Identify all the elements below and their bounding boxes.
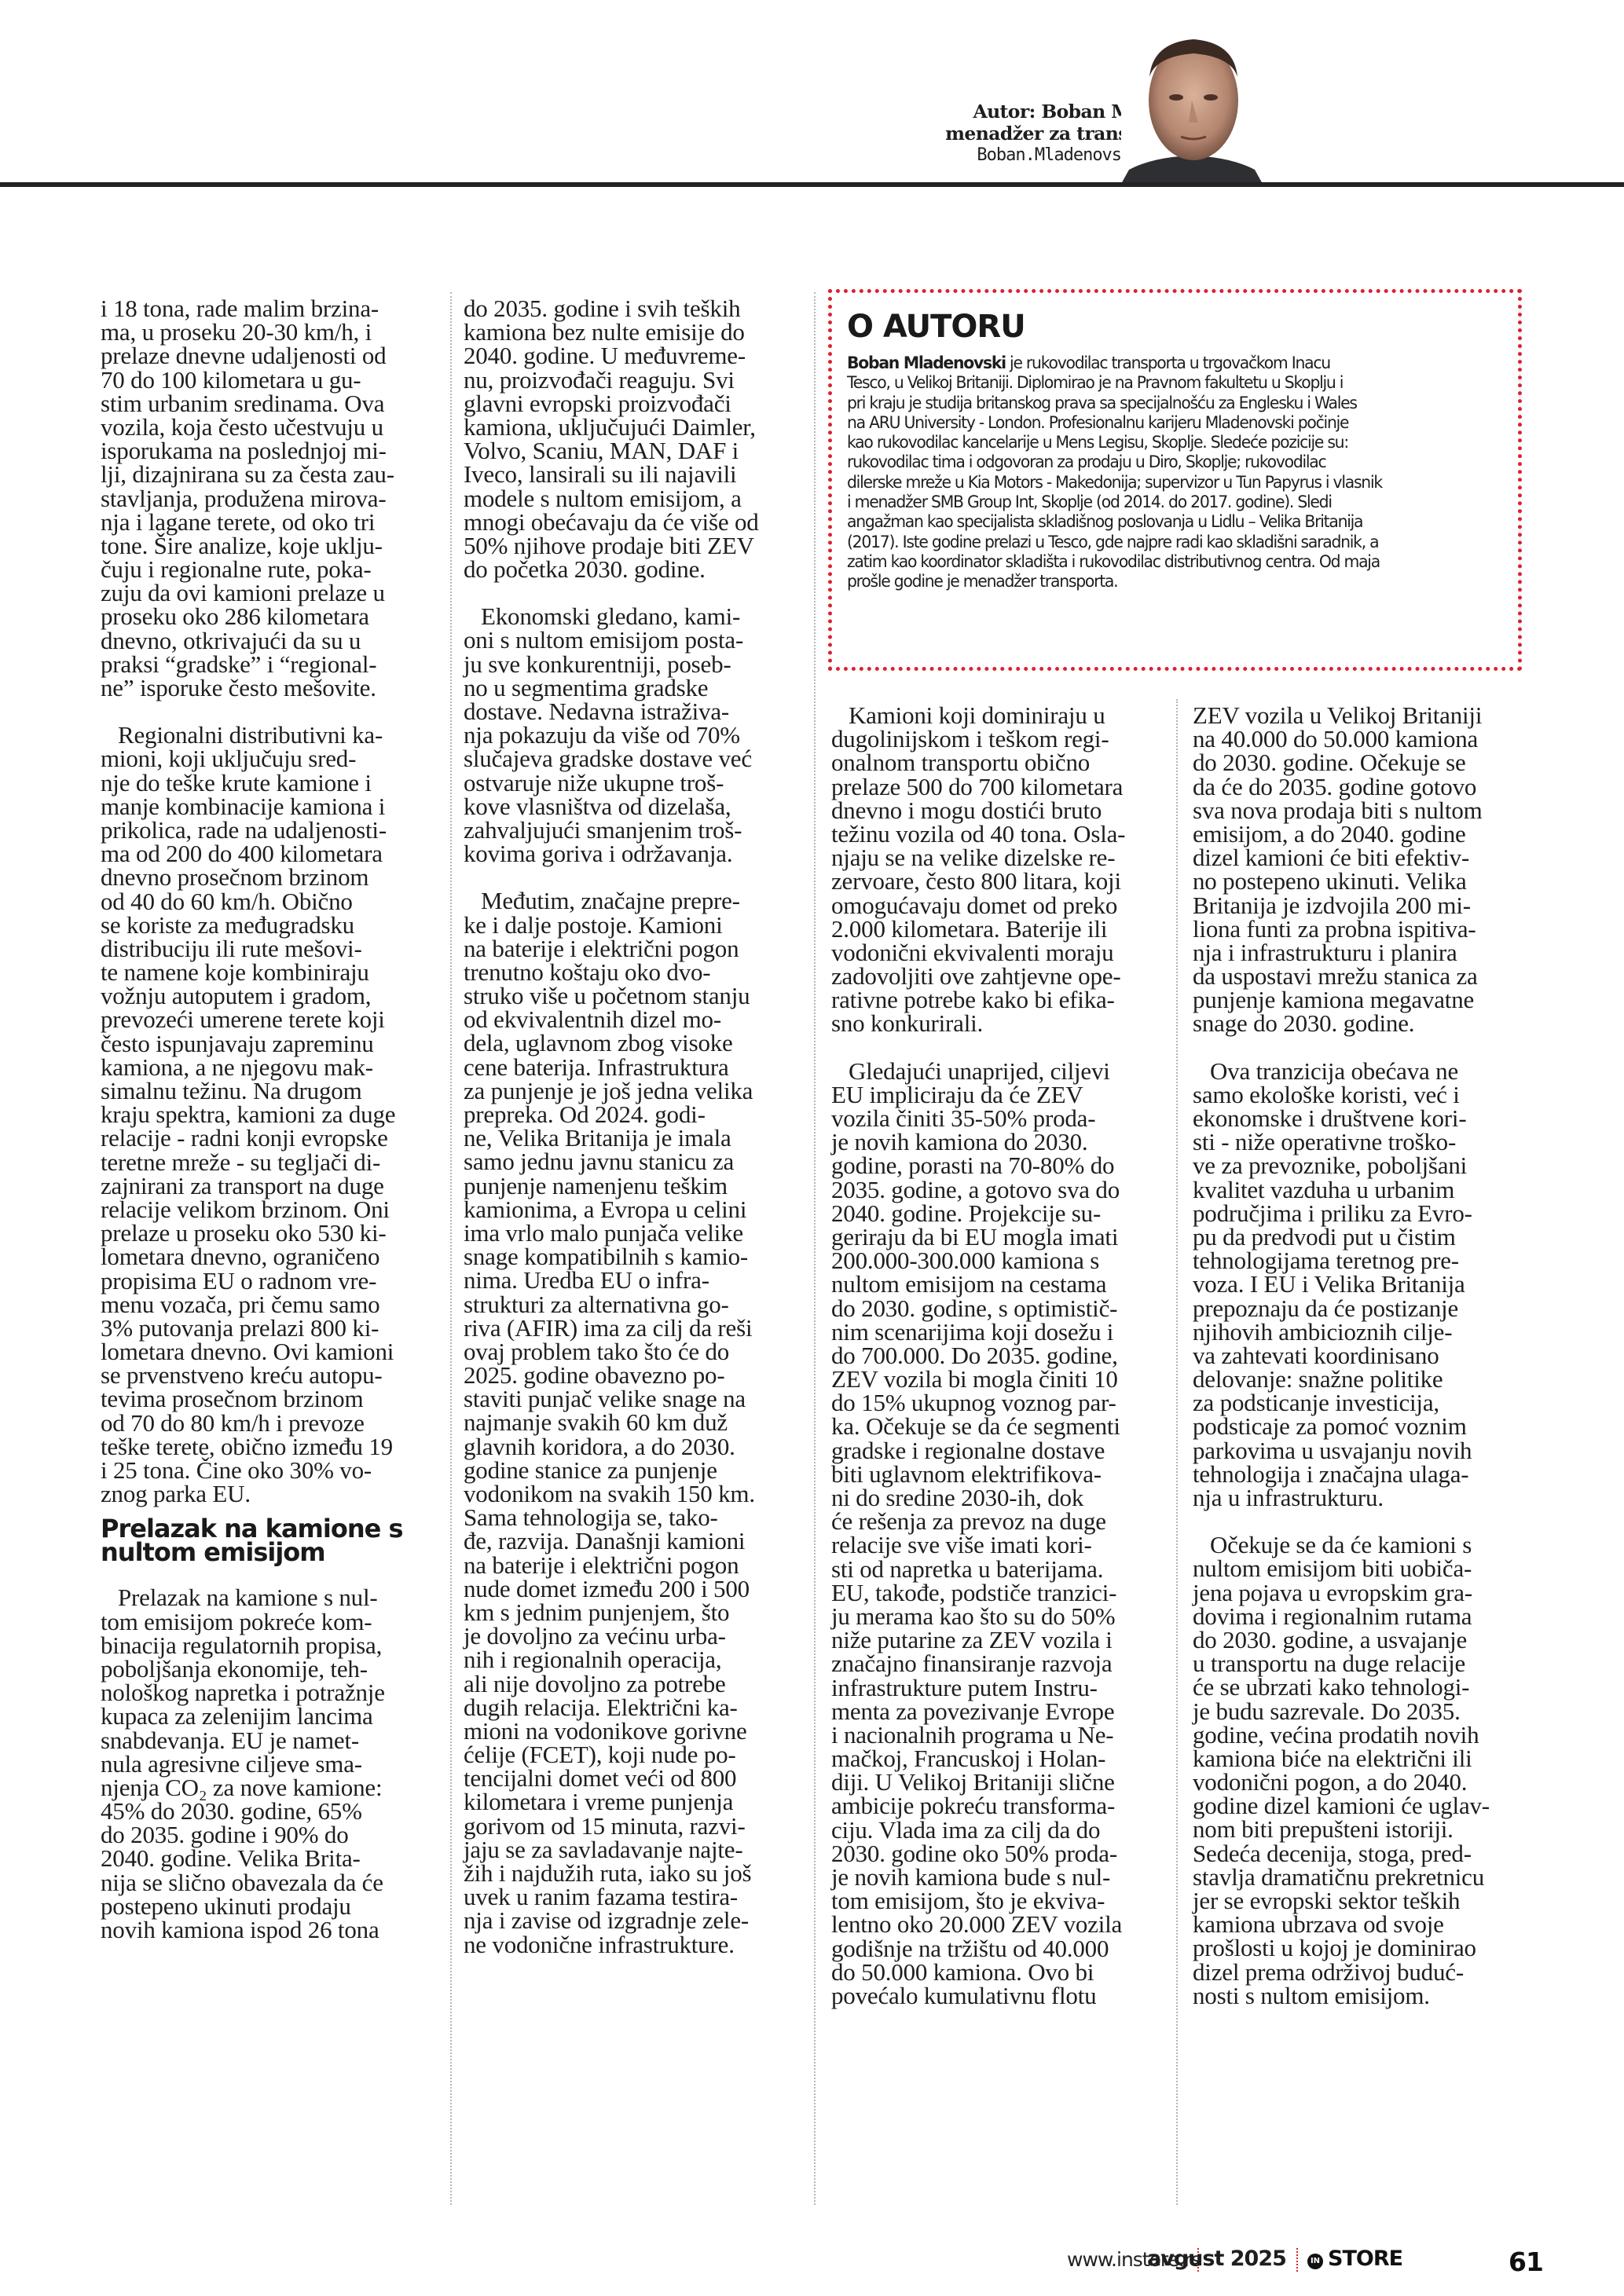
author-photo	[1121, 22, 1263, 184]
text-line: Tesco, u Velikoj Britaniji. Diplomirao j…	[847, 373, 1487, 393]
text-line: Gledajući unaprijed, ciljevi	[831, 1060, 1169, 1083]
text-line: Ova tranzicija obećava ne	[1193, 1060, 1531, 1083]
text-line: geriraju da bi EU mogla imati	[831, 1225, 1169, 1249]
text-line: tom emisijom, što je ekviva-	[831, 1889, 1169, 1913]
text-line: staviti punjač velike snage na	[464, 1387, 801, 1411]
text-line: teretne mreže - su tegljači di-	[101, 1151, 438, 1174]
text-line: dostave. Nedavna istraživa-	[464, 700, 801, 723]
text-line: Međutim, značajne prepre-	[464, 889, 801, 913]
column-divider	[814, 292, 816, 2205]
text-line: povećalo kumulativnu flotu	[831, 1984, 1169, 2008]
column-divider	[1176, 699, 1178, 2205]
article-column-2: do 2035. godine i svih teških kamiona be…	[464, 297, 801, 1957]
text-line: samo ekološke koristi, već i	[1193, 1083, 1531, 1107]
text-line: Sama tehnologija se, tako-	[464, 1506, 801, 1529]
text-line: lometara dnevno, ograničeno	[101, 1245, 438, 1269]
text-line: snage do 2030. godine.	[1193, 1012, 1531, 1035]
text-line: do 2035. godine i 90% do	[101, 1823, 438, 1847]
text-line: nom biti prepušteni istoriji.	[1193, 1818, 1531, 1841]
text-line: dizel kamioni će biti efektiv-	[1193, 846, 1531, 870]
text-line: Boban Mladenovski je rukovodilac transpo…	[847, 353, 1487, 373]
text-line: novih kamiona ispod 26 tona	[101, 1918, 438, 1942]
text-line: Volvo, Scaniu, MAN, DAF i	[464, 439, 801, 463]
text-line: modele s nultom emisijom, a	[464, 487, 801, 511]
text-line: Kamioni koji dominiraju u	[831, 704, 1169, 727]
paragraph: Ekonomski gledano, kami- oni s nultom em…	[464, 605, 801, 866]
text-line: vodonični ekvivalenti moraju	[831, 941, 1169, 965]
text-line: stavljanja, produžena mirova-	[101, 487, 438, 511]
text-line: nija se slično obavezala da će	[101, 1871, 438, 1895]
text-line: kilometara i vreme punjenja	[464, 1790, 801, 1814]
text-line: nja i zavise od izgradnje zele-	[464, 1909, 801, 1932]
text-line: tom emisijom pokreće kom-	[101, 1610, 438, 1634]
text-span: je rukovodilac transporta u trgovačkom I…	[1006, 353, 1330, 372]
text-line: 2030. godine oko 50% proda-	[831, 1842, 1169, 1866]
text-line: menta za povezivanje Evrope	[831, 1700, 1169, 1723]
text-line: oni s nultom emisijom posta-	[464, 628, 801, 652]
text-line: kamiona, a ne njegovu mak-	[101, 1056, 438, 1079]
text-line: punjenje kamiona megavatne	[1193, 988, 1531, 1012]
text-line: sti - niže operativne troško-	[1193, 1130, 1531, 1154]
subheading-line: nultom emisijom	[101, 1540, 438, 1564]
text-line: lentno oko 20.000 ZEV vozila	[831, 1913, 1169, 1936]
text-line: tencijalni domet veći od 800	[464, 1767, 801, 1790]
text-line: do 2030. godine, s optimistič-	[831, 1297, 1169, 1320]
footer-separator	[1296, 2248, 1298, 2272]
text-line: vozila, koja često učestvuju u	[101, 416, 438, 439]
text-line: dugih relacija. Električni ka-	[464, 1696, 801, 1719]
text-line: ostvaruje niže ukupne troš-	[464, 771, 801, 795]
text-line: teške terete, obično između 19	[101, 1435, 438, 1459]
text-line: lometara dnevno. Ovi kamioni	[101, 1340, 438, 1364]
text-line: dela, uglavnom zbog visoke	[464, 1031, 801, 1055]
text-line: (2017). Iste godine prelazi u Tesco, gde…	[847, 533, 1487, 552]
paragraph: Gledajući unaprijed, ciljevi EU implicir…	[831, 1060, 1169, 2009]
text-line: je dovoljno za većinu urba-	[464, 1624, 801, 1648]
issue-date: avgust 2025	[1147, 2247, 1286, 2271]
text-line: postepeno ukinuti prodaju	[101, 1895, 438, 1918]
text-line: binacija regulatornih propisa,	[101, 1634, 438, 1657]
text-line: cene baterija. Infrastruktura	[464, 1056, 801, 1079]
text-line: struko više u početnom stanju	[464, 984, 801, 1008]
text-line: dnevno i mogu dostići bruto	[831, 799, 1169, 822]
text-line: i nacionalnih programa u Ne-	[831, 1723, 1169, 1747]
text-line: ambicije pokreću transforma-	[831, 1794, 1169, 1818]
text-line: nude domet između 200 i 500	[464, 1577, 801, 1601]
text-line: tehnologija i značajna ulaga-	[1193, 1463, 1531, 1486]
about-body: Boban Mladenovski je rukovodilac transpo…	[847, 353, 1507, 592]
text-line: 200.000-300.000 kamiona s	[831, 1249, 1169, 1273]
text-line: do 2030. godine, a usvajanje	[1193, 1628, 1531, 1652]
text-line: prelaze u proseku oko 530 ki-	[101, 1221, 438, 1245]
instore-logo-icon: IN	[1307, 2254, 1323, 2269]
text-line: simalnu težinu. Na drugom	[101, 1079, 438, 1103]
text-line: mioni na vodonikove gorivne	[464, 1719, 801, 1743]
text-line: ovaj problem tako što će do	[464, 1340, 801, 1364]
text-line: manje kombinacije kamiona i	[101, 795, 438, 818]
text-line: lji, dizajnirana su za česta zau-	[101, 463, 438, 486]
text-line: voza. I EU i Velika Britanija	[1193, 1273, 1531, 1296]
column-divider	[450, 292, 452, 2205]
text-line: omogućavaju domet od preko	[831, 894, 1169, 917]
text-line: zahvaljujući smanjenim troš-	[464, 818, 801, 842]
text-line: nula agresivne ciljeve sma-	[101, 1752, 438, 1776]
text-line: kove vlasništva od dizelaša,	[464, 795, 801, 818]
text-line: jena pojava u evropskim gra-	[1193, 1581, 1531, 1605]
paragraph: Međutim, značajne prepre- ke i dalje pos…	[464, 889, 801, 1956]
text-line: mačkoj, Francuskoj i Holan-	[831, 1747, 1169, 1771]
text-line: distribuciju ili rute mešovi-	[101, 937, 438, 961]
text-line: do 2035. godine i svih teških	[464, 297, 801, 320]
text-line: i 25 tona. Čine oko 30% vo-	[101, 1459, 438, 1482]
text-line: 2025. godine obavezno po-	[464, 1364, 801, 1387]
text-line: punjenje namenjenu teškim	[464, 1174, 801, 1198]
about-title: O AUTORU	[847, 309, 1025, 344]
text-line: nultom emisijom na cestama	[831, 1273, 1169, 1296]
text-line: na ARU University - London. Profesionaln…	[847, 413, 1487, 433]
text-line: 2040. godine. Velika Brita-	[101, 1847, 438, 1870]
text-line: dugolinijskom i teškom regi-	[831, 727, 1169, 751]
text-line: ne vodonične infrastrukture.	[464, 1933, 801, 1957]
text-line: zajnirani za transport na duge	[101, 1174, 438, 1198]
text-line: mioni, koji uključuju sred-	[101, 747, 438, 771]
text-line: ka. Očekuje se da će segmenti	[831, 1415, 1169, 1438]
text-line: Britanija je izdvojila 200 mi-	[1193, 894, 1531, 917]
text-line: vodonikom na svakih 150 km.	[464, 1482, 801, 1506]
text-line: kao rukovodilac kancelarije u Mens Legis…	[847, 433, 1487, 452]
text-line: ju sve konkurentniji, poseb-	[464, 653, 801, 676]
text-line: menu vozača, pri čemu samo	[101, 1293, 438, 1316]
text-line: je budu sazrevale. Do 2035.	[1193, 1700, 1531, 1723]
text-line: onalnom transportu obično	[831, 751, 1169, 774]
text-line: stim urbanim sredinama. Ova	[101, 392, 438, 416]
text-line: delovanje: snažne politike	[1193, 1368, 1531, 1391]
text-line: prošlosti u kojoj je dominirao	[1193, 1936, 1531, 1960]
text-line: prikolica, rade na udaljenosti-	[101, 818, 438, 842]
text-line: nja pokazuju da više od 70%	[464, 723, 801, 747]
text-line: za podsticanje investicija,	[1193, 1391, 1531, 1415]
text-line: tehnologijama teretnog pre-	[1193, 1249, 1531, 1273]
text-line: će rešenja za prevoz na duge	[831, 1510, 1169, 1533]
paragraph: Kamioni koji dominiraju u dugolinijskom …	[831, 704, 1169, 1036]
text-line: do 50.000 kamiona. Ovo bi	[831, 1961, 1169, 1984]
text-line: kovima goriva i održavanja.	[464, 842, 801, 866]
text-line: godine stanice za punjenje	[464, 1459, 801, 1482]
text-line: kamiona biće na električni ili	[1193, 1747, 1531, 1771]
text-line: angažman kao specijalista skladišnog pos…	[847, 512, 1487, 532]
paragraph: do 2035. godine i svih teških kamiona be…	[464, 297, 801, 581]
text-line: sti od napretka u baterijama.	[831, 1558, 1169, 1581]
text-line: zuju da ovi kamioni prelaze u	[101, 581, 438, 605]
text-line: EU, takođe, podstiče tranzici-	[831, 1581, 1169, 1605]
text-line: nultom emisijom biti uobiča-	[1193, 1557, 1531, 1580]
page-footer: www.instore.rs avgust 2025 INSTORE 61	[0, 2247, 1624, 2286]
text-line: dnevno prosečnom brzinom	[101, 866, 438, 889]
text-line: nih i regionalnih operacija,	[464, 1648, 801, 1672]
text-line: do 2030. godine. Očekuje se	[1193, 751, 1531, 774]
article-header: Autor: Boban Mladenovski menadžer za tra…	[0, 0, 1624, 189]
text-line: stavlja dramatičnu prekretnicu	[1193, 1866, 1531, 1889]
brand-name: STORE	[1328, 2247, 1402, 2271]
text-line: prošle godine je menadžer transporta.	[847, 572, 1487, 591]
text-line: pri kraju je studija britanskog prava sa…	[847, 394, 1487, 413]
text-line: infrastrukture putem Instru-	[831, 1676, 1169, 1700]
text-line: ciju. Vlada ima za cilj da do	[831, 1818, 1169, 1842]
about-name: Boban Mladenovski	[847, 353, 1006, 372]
text-line: godišnje na tržištu od 40.000	[831, 1937, 1169, 1961]
text-line: od 70 do 80 km/h i prevoze	[101, 1412, 438, 1435]
text-line: dnevno, otkrivajući da su u	[101, 629, 438, 653]
text-line: do početka 2030. godine.	[464, 558, 801, 581]
text-line: propisima EU o radnom vre-	[101, 1269, 438, 1293]
text-line: relacije velikom brzinom. Oni	[101, 1198, 438, 1221]
text-line: biti uglavnom elektrifikova-	[831, 1463, 1169, 1486]
text-line: od 40 do 60 km/h. Obično	[101, 890, 438, 914]
text-line: 2.000 kilometara. Baterije ili	[831, 917, 1169, 941]
text-line: isporukama na poslednjoj mi-	[101, 439, 438, 463]
article-column-1: i 18 tona, rade malim brzina- ma, u pros…	[101, 297, 438, 1942]
text-line: do 700.000. Do 2035. godine,	[831, 1344, 1169, 1368]
text-line: glavnih koridora, a do 2030.	[464, 1435, 801, 1459]
text-line: ma, u proseku 20-30 km/h, i	[101, 320, 438, 344]
text-line: kvalitet vazduha u urbanim	[1193, 1178, 1531, 1202]
text-line: nja i lagane terete, od oko tri	[101, 511, 438, 534]
text-line: sva nova prodaja biti s nultom	[1193, 799, 1531, 822]
text-line: ni do sredine 2030-ih, dok	[831, 1486, 1169, 1510]
text-line: težinu vozila od 40 tona. Osla-	[831, 822, 1169, 846]
text-line: zatim kao koordinator skladišta i rukovo…	[847, 552, 1487, 572]
text-line: ju merama kao što su do 50%	[831, 1605, 1169, 1628]
text-line: se koriste za međugradsku	[101, 914, 438, 937]
text-line: zervoare, često 800 litara, koji	[831, 870, 1169, 893]
text-line: njenja CO₂ za nove kamione:	[101, 1776, 438, 1800]
text-line: 45% do 2030. godine, 65%	[101, 1800, 438, 1823]
text-line: dovima i regionalnim rutama	[1193, 1605, 1531, 1628]
text-line: nima. Uredba EU o infra-	[464, 1269, 801, 1292]
text-line: kamionima, a Evropa u celini	[464, 1198, 801, 1221]
paragraph: i 18 tona, rade malim brzina- ma, u pros…	[101, 297, 438, 700]
text-line: na baterije i električni pogon	[464, 1554, 801, 1577]
text-line: uvek u ranim fazama testira-	[464, 1885, 801, 1909]
page-number: 61	[1509, 2247, 1543, 2277]
text-line: gradske i regionalne dostave	[831, 1439, 1169, 1463]
text-line: na 40.000 do 50.000 kamiona	[1193, 727, 1531, 751]
text-line: mnogi obećavaju da će više od	[464, 511, 801, 534]
text-line: nološkog napretka i potražnje	[101, 1681, 438, 1705]
paragraph: Ova tranzicija obećava ne samo ekološke …	[1193, 1060, 1531, 1511]
text-line: je novih kamiona bude s nul-	[831, 1866, 1169, 1889]
text-line: ne, Velika Britanija je imala	[464, 1126, 801, 1150]
text-line: glavni evropski proizvođači	[464, 392, 801, 416]
text-line: no u segmentima gradske	[464, 676, 801, 700]
text-line: kupaca za zelenijim lancima	[101, 1705, 438, 1728]
text-line: snabdevanja. EU je namet-	[101, 1729, 438, 1752]
section-subheading: Prelazak na kamione s nultom emisijom	[101, 1517, 438, 1564]
text-line: prepreka. Od 2024. godi-	[464, 1103, 801, 1126]
text-line: podsticaje za pomoć voznim	[1193, 1415, 1531, 1438]
brand-logo: INSTORE	[1307, 2247, 1402, 2271]
text-line: godine, porasti na 70-80% do	[831, 1154, 1169, 1177]
text-line: prelaze 500 do 700 kilometara	[831, 775, 1169, 799]
text-line: čuju i regionalne rute, poka-	[101, 558, 438, 581]
text-line: se prvenstveno kreću autopu-	[101, 1364, 438, 1387]
text-line: no postepeno ukinuti. Velika	[1193, 870, 1531, 893]
text-line: ne” isporuke često mešovite.	[101, 676, 438, 700]
text-line: praksi “gradske” i “regional-	[101, 653, 438, 676]
text-line: je novih kamiona do 2030.	[831, 1130, 1169, 1154]
text-line: ke i dalje postoje. Kamioni	[464, 914, 801, 937]
text-line: rativne potrebe kako bi efika-	[831, 988, 1169, 1012]
paragraph: Prelazak na kamione s nul- tom emisijom …	[101, 1586, 438, 1942]
text-line: ali nije dovoljno za potrebe	[464, 1672, 801, 1696]
text-line: područjima i priliku za Evro-	[1193, 1202, 1531, 1225]
text-line: da će do 2035. godine gotovo	[1193, 775, 1531, 799]
text-line: niže putarine za ZEV vozila i	[831, 1628, 1169, 1652]
text-line: nja u infrastrukturu.	[1193, 1486, 1531, 1510]
text-line: 3% putovanja prelazi 800 ki-	[101, 1316, 438, 1340]
text-line: vozila činiti 35-50% proda-	[831, 1107, 1169, 1130]
text-line: ZEV vozila u Velikoj Britaniji	[1193, 704, 1531, 727]
text-line: dizel prema održivoj buduć-	[1193, 1961, 1531, 1984]
text-line: će se ubrzati kako tehnologi-	[1193, 1675, 1531, 1699]
text-line: pu da predvodi put u čistim	[1193, 1225, 1531, 1249]
text-line: slučajeva gradske dostave već	[464, 747, 801, 771]
text-line: ima vrlo malo punjača velike	[464, 1221, 801, 1245]
article-column-4: ZEV vozila u Velikoj Britaniji na 40.000…	[1193, 704, 1531, 2008]
text-line: parkovima u usvajanju novih	[1193, 1439, 1531, 1463]
text-line: ZEV vozila bi mogla činiti 10	[831, 1368, 1169, 1391]
text-line: jaju se za savladavanje najte-	[464, 1838, 801, 1862]
text-line: gorivom od 15 minuta, razvi-	[464, 1814, 801, 1838]
text-line: 2035. godine, a gotovo sva do	[831, 1178, 1169, 1202]
text-line: diji. U Velikoj Britaniji slične	[831, 1771, 1169, 1794]
text-line: va zahtevati koordinisano	[1193, 1344, 1531, 1368]
text-line: njihovih ambicioznih cilje-	[1193, 1320, 1531, 1344]
text-line: od ekvivalentnih dizel mo-	[464, 1008, 801, 1031]
paragraph: Regionalni distributivni ka- mioni, koji…	[101, 723, 438, 1506]
author-portrait-icon	[1121, 22, 1263, 184]
text-line: nim scenarijima koji dosežu i	[831, 1320, 1169, 1344]
text-line: poboljšanja ekonomije, teh-	[101, 1657, 438, 1681]
text-line: nja i infrastrukturu i planira	[1193, 941, 1531, 965]
text-line: 50% njihove prodaje biti ZEV	[464, 534, 801, 558]
text-line: km s jednim punjenjem, što	[464, 1601, 801, 1624]
text-line: EU impliciraju da će ZEV	[831, 1083, 1169, 1107]
text-line: prevozeći umerene terete koji	[101, 1008, 438, 1031]
text-line: u transportu na duge relacije	[1193, 1652, 1531, 1675]
text-line: trenutno koštaju oko dvo-	[464, 961, 801, 984]
text-line: emisijom, a do 2040. godine	[1193, 822, 1531, 846]
text-line: Sedeća decenija, stoga, pred-	[1193, 1842, 1531, 1866]
text-line: 2040. godine. Projekcije su-	[831, 1202, 1169, 1225]
text-line: kamiona bez nulte emisije do	[464, 320, 801, 344]
text-line: rukovodilac tima i odgovoran za prodaju …	[847, 452, 1487, 472]
text-line: i menadžer SMB Group Int, Skoplje (od 20…	[847, 493, 1487, 512]
text-line: Ekonomski gledano, kami-	[464, 605, 801, 628]
text-line: dilerske mreže u Kia Motors - Makedonija…	[847, 473, 1487, 493]
article-column-3: Kamioni koji dominiraju u dugolinijskom …	[831, 704, 1169, 2008]
text-line: 2040. godine. U međuvreme-	[464, 344, 801, 368]
text-line: riva (AFIR) ima za cilj da reši	[464, 1316, 801, 1340]
text-line: do 15% ukupnog voznog par-	[831, 1391, 1169, 1415]
text-line: zadovoljiti ove zahtjevne ope-	[831, 965, 1169, 988]
text-line: kamiona ubrzava od svoje	[1193, 1913, 1531, 1936]
text-line: žih i najdužih ruta, iako su još	[464, 1862, 801, 1885]
text-line: najmanje svakih 60 km duž	[464, 1411, 801, 1434]
text-line: prepoznaju da će postizanje	[1193, 1297, 1531, 1320]
text-line: vodonični pogon, a do 2040.	[1193, 1771, 1531, 1794]
text-line: kraju spektra, kamioni za duge	[101, 1103, 438, 1126]
text-line: sno konkurirali.	[831, 1012, 1169, 1035]
text-line: tevima prosečnom brzinom	[101, 1387, 438, 1411]
text-line: Očekuje se da će kamioni s	[1193, 1533, 1531, 1557]
text-line: često ispunjavaju zapreminu	[101, 1032, 438, 1056]
text-line: nu, proizvođači reaguju. Svi	[464, 368, 801, 392]
text-line: njaju se na velike dizelske re-	[831, 846, 1169, 870]
text-line: tone. Šire analize, koje uklju-	[101, 534, 438, 558]
text-line: proseku oko 286 kilometara	[101, 605, 438, 628]
text-line: liona funti za probna ispitiva-	[1193, 917, 1531, 941]
header-rule	[0, 182, 1624, 187]
text-line: ma od 200 do 400 kilometara	[101, 842, 438, 866]
paragraph: ZEV vozila u Velikoj Britaniji na 40.000…	[1193, 704, 1531, 1036]
text-line: vožnju autoputem i gradom,	[101, 984, 438, 1008]
text-line: Iveco, lansirali su ili najavili	[464, 463, 801, 486]
text-line: na baterije i električni pogon	[464, 937, 801, 961]
text-line: kamiona, uključujući Daimler,	[464, 416, 801, 439]
text-line: ekonomske i društvene kori-	[1193, 1107, 1531, 1130]
text-line: samo jednu javnu stanicu za	[464, 1150, 801, 1174]
text-line: značajno finansiranje razvoja	[831, 1652, 1169, 1675]
text-line: te namene koje kombiniraju	[101, 961, 438, 984]
text-line: ćelije (FCET), koji nude po-	[464, 1743, 801, 1767]
text-line: snage kompatibilnih s kamio-	[464, 1245, 801, 1269]
text-line: 70 do 100 kilometara u gu-	[101, 368, 438, 392]
text-line: ve za prevoznike, poboljšani	[1193, 1154, 1531, 1177]
text-line: Regionalni distributivni ka-	[101, 723, 438, 747]
text-line: prelaze dnevne udaljenosti od	[101, 344, 438, 368]
text-line: Prelazak na kamione s nul-	[101, 1586, 438, 1609]
text-line: nosti s nultom emisijom.	[1193, 1984, 1531, 2008]
text-line: godine, većina prodatih novih	[1193, 1723, 1531, 1747]
text-line: relacije - radni konji evropske	[101, 1126, 438, 1150]
text-line: godine dizel kamioni će uglav-	[1193, 1794, 1531, 1818]
text-line: i 18 tona, rade malim brzina-	[101, 297, 438, 320]
text-line: nje do teške krute kamione i	[101, 771, 438, 795]
text-line: za punjenje je još jedna velika	[464, 1079, 801, 1103]
text-line: znog parka EU.	[101, 1482, 438, 1506]
text-line: strukturi za alternativna go-	[464, 1293, 801, 1316]
text-line: đe, razvija. Današnji kamioni	[464, 1529, 801, 1553]
text-line: jer se evropski sektor teških	[1193, 1889, 1531, 1913]
about-author-box: O AUTORU Boban Mladenovski je rukovodila…	[828, 289, 1522, 671]
text-line: relacije sve više imati kori-	[831, 1533, 1169, 1557]
paragraph: Očekuje se da će kamioni s nultom emisij…	[1193, 1533, 1531, 2008]
text-line: da uspostavi mrežu stanica za	[1193, 965, 1531, 988]
